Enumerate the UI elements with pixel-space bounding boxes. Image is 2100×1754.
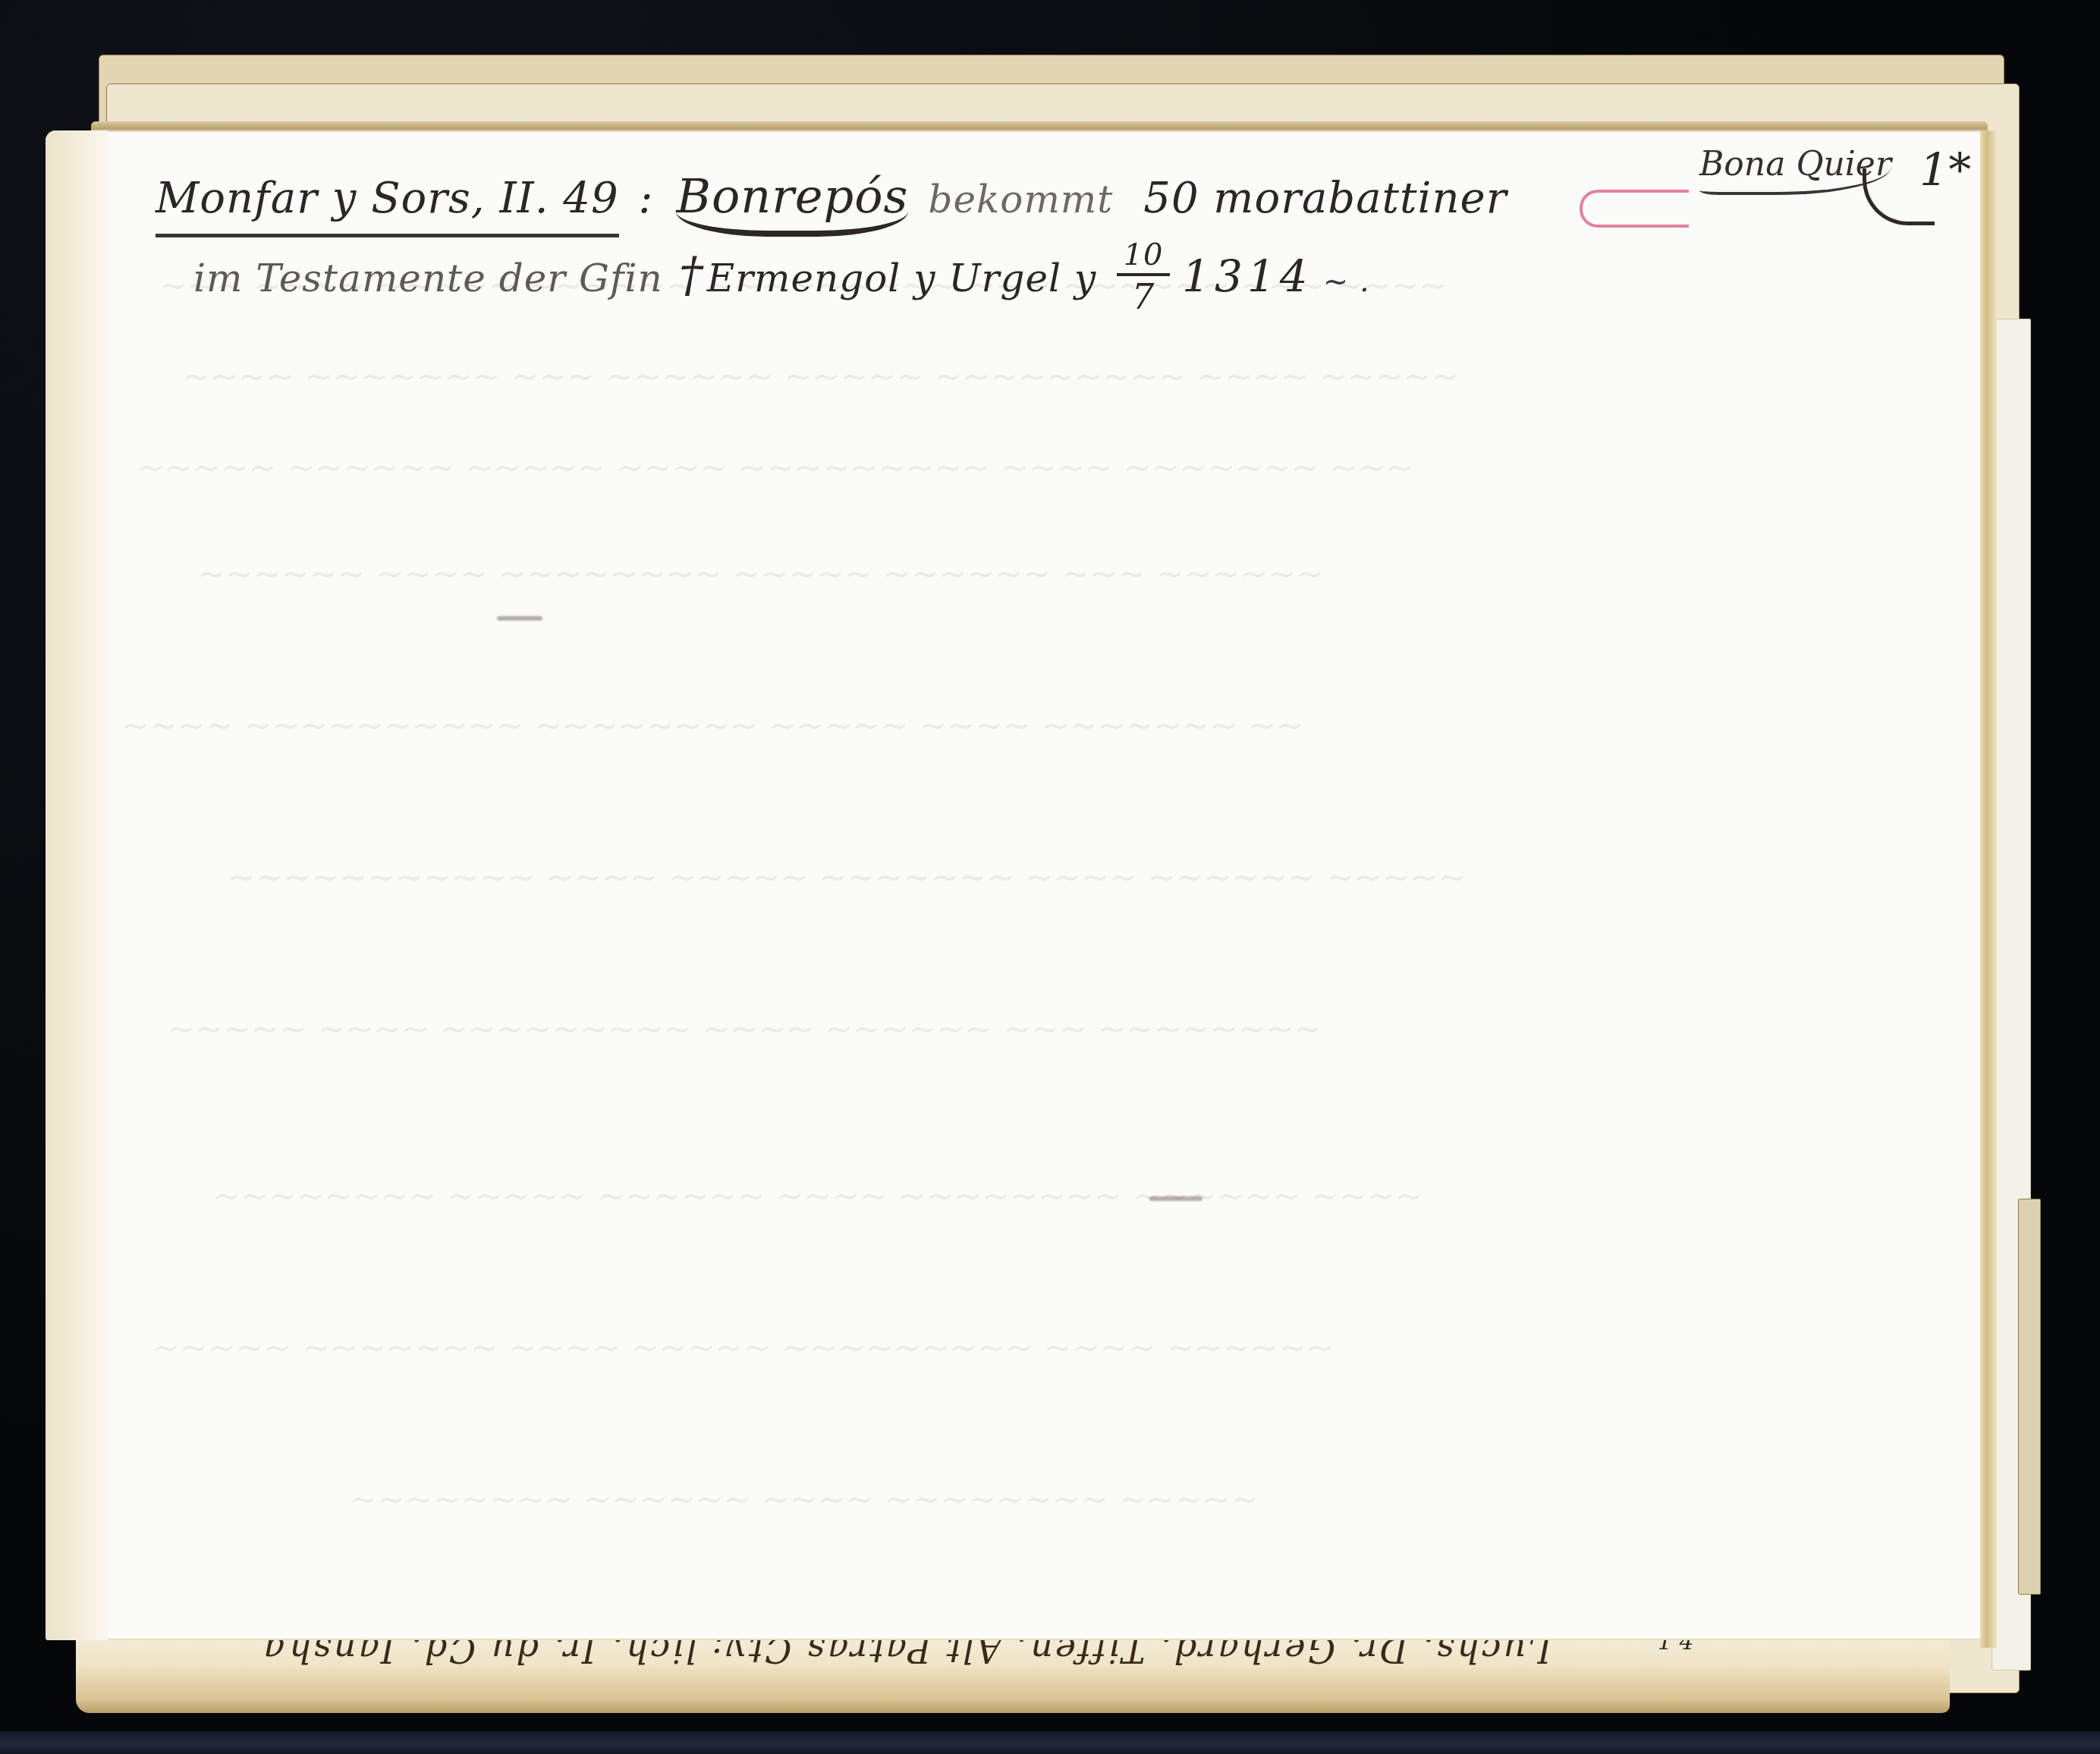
ink-smudge: [497, 616, 542, 621]
bleed-through: ~~~~~~ ~~~~ ~~~~~~~~~ ~~~~~ ~~~~ ~~~~~~~…: [152, 1329, 1335, 1368]
person-name: Ermengol y Urgel: [707, 256, 1061, 300]
date-year: 1314: [1182, 250, 1312, 302]
line-tail-flourish: ~ .: [1323, 264, 1370, 299]
date-fraction: 10 7: [1117, 240, 1170, 314]
card-right-edge: [1980, 130, 1997, 1648]
citation-reference: Monfar y Sors, II. 49: [156, 178, 619, 237]
date-day: 10: [1124, 240, 1164, 270]
bleed-through: ~~~~~~~~ ~~~ ~~~~~~ ~~~~ ~~~~~~~~~ ~~~~ …: [167, 1011, 1322, 1049]
bleed-through: ~~~~~~ ~~~ ~~~~~~ ~~~~~ ~~~~~~~~ ~~~~ ~~…: [197, 555, 1324, 594]
bleed-through: ~~~~ ~~~~~~ ~~~~~~~~ ~~~~ ~~~~~~ ~~~~~ ~…: [212, 1177, 1423, 1216]
note-card: ~~~~ ~~~ ~~~~~~ ~~~ ~~~~~~~~~ ~~~~~~ ~~~…: [46, 130, 1984, 1640]
bleed-through: ~~~~~ ~~~~~~ ~~~~ ~~~~~~~ ~~~~~ ~~~~ ~~~…: [228, 859, 1466, 897]
note-line-2: im Testamente der Gfin †Ermengol y Urgel…: [193, 244, 1370, 319]
date-month: 7: [1132, 279, 1155, 314]
separator-colon: :: [639, 174, 654, 223]
pink-pencil-mark-icon: [1580, 190, 1689, 228]
bleed-through: ~~ ~~~~~~~ ~~~~ ~~~~~ ~~~~~~~~ ~~~~~~~~~…: [121, 707, 1304, 746]
bleed-through: ~~~ ~~~~~~~ ~~~~ ~~~~~~~~~ ~~~~ ~~~~~ ~~…: [137, 449, 1413, 488]
folio-number: 1*: [1919, 144, 1971, 197]
testament-text: im Testamente der Gfin: [193, 256, 663, 300]
bleed-through: ~~~~~ ~~~~ ~~~~~~~~~ ~~~~~ ~~~~~~ ~~~ ~~…: [182, 358, 1459, 397]
place-name: Bonrepós: [676, 173, 908, 237]
amount-text: 50 morabattiner: [1143, 174, 1507, 223]
page-stack-right-tab: [2018, 1199, 2041, 1595]
conjunction: y: [1074, 256, 1096, 300]
verb-text: bekommt: [928, 178, 1113, 222]
bleed-through: ~~~~~ ~~~~~~~~ ~~~~ ~~~~~~ ~~~~~~~~: [349, 1481, 1259, 1520]
card-left-edge: [46, 130, 108, 1640]
note-line-1: Monfar y Sors, II. 49:Bonrepósbekommt50 …: [156, 173, 1507, 237]
ink-smudge: [1149, 1196, 1202, 1201]
backdrop-cloth: [0, 1731, 2100, 1754]
cross-mark-icon: †: [679, 247, 704, 303]
